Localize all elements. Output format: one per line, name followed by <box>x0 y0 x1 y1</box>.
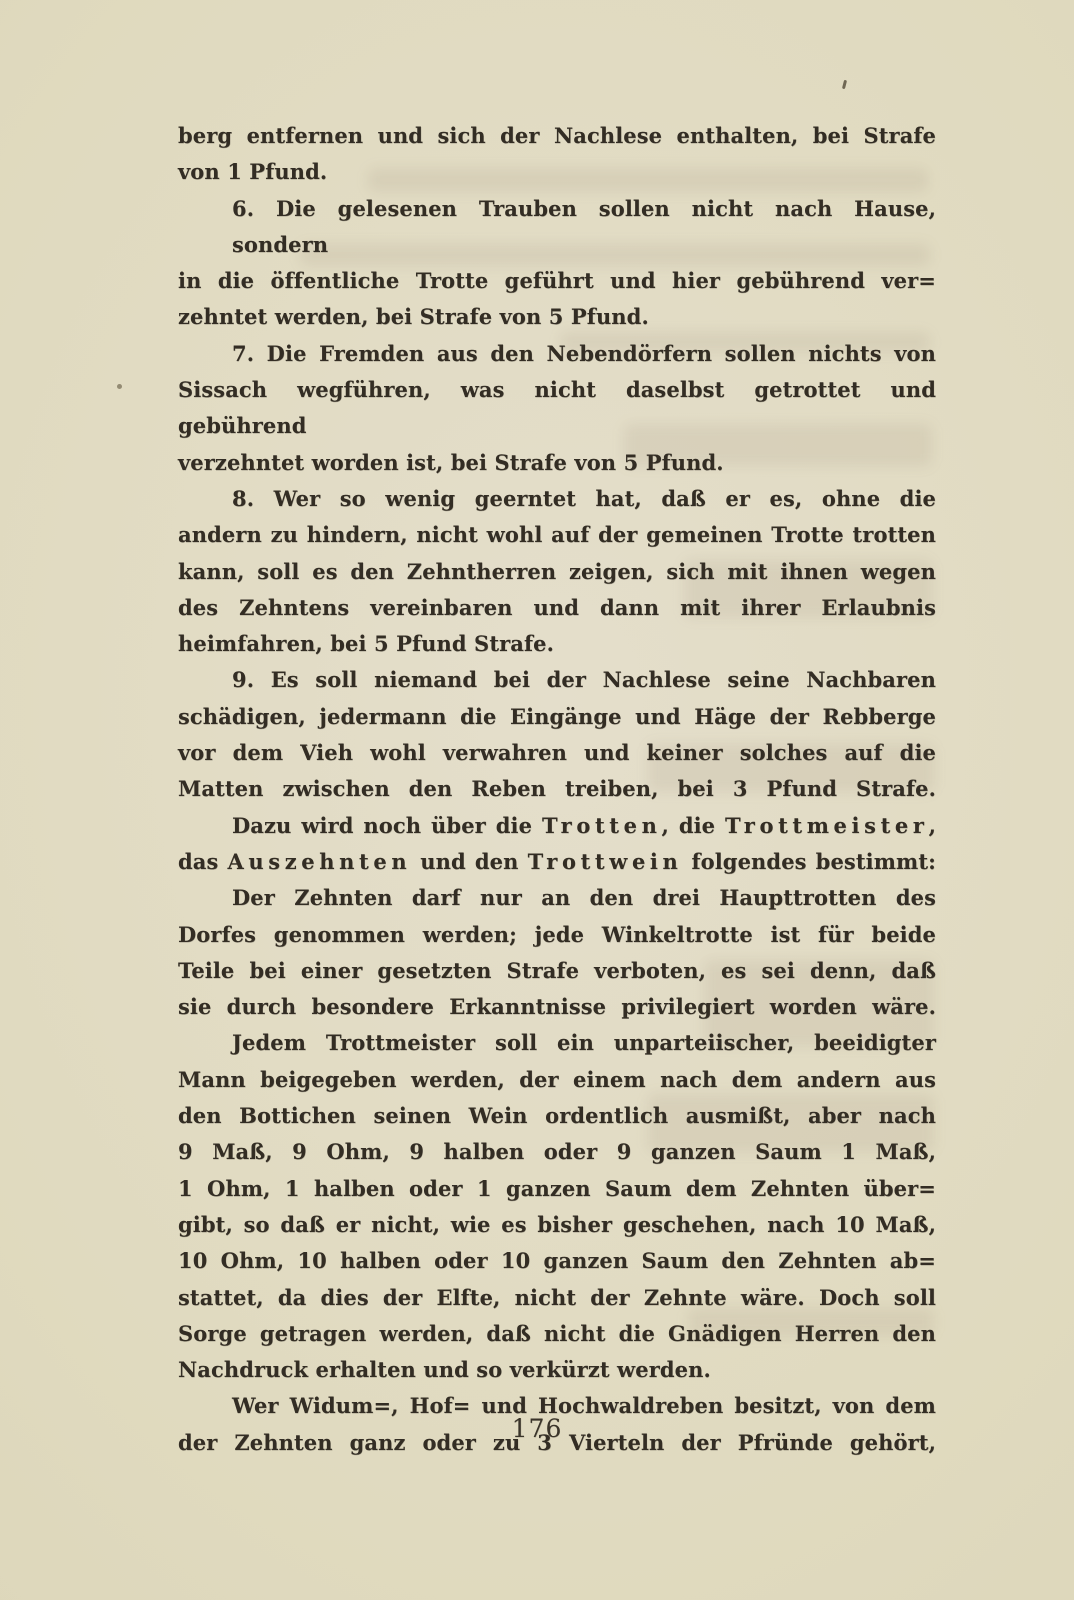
book-page: berg entfernen und sich der Nachlese ent… <box>0 0 1074 1600</box>
text-line: Nachdruck erhalten und so verkürzt werde… <box>178 1352 936 1388</box>
paragraph-continuation: berg entfernen und sich der Nachlese ent… <box>178 118 936 191</box>
text-segment: das <box>178 849 227 874</box>
paragraph-item-8: 8. Wer so wenig geerntet hat, daß er es,… <box>178 481 936 662</box>
text-line: Matten zwischen den Reben treiben, bei 3… <box>178 771 936 807</box>
text-line: Jedem Trottmeister soll ein unparteiisch… <box>178 1025 936 1061</box>
text-line: von 1 Pfund. <box>178 154 936 190</box>
paragraph-item-9: 9. Es soll niemand bei der Nachlese sein… <box>178 662 936 807</box>
paper-speck <box>117 384 122 389</box>
text-segment: , die <box>662 813 726 838</box>
text-line: andern zu hindern, nicht wohl auf der ge… <box>178 517 936 553</box>
text-line: 1 Ohm, 1 halben oder 1 ganzen Saum dem Z… <box>178 1171 936 1207</box>
text-line: 8. Wer so wenig geerntet hat, daß er es,… <box>178 481 936 517</box>
text-line: verzehntet worden ist, bei Strafe von 5 … <box>178 445 936 481</box>
text-line: Teile bei einer gesetzten Strafe verbote… <box>178 953 936 989</box>
text-line: 6. Die gelesenen Trauben sollen nicht na… <box>178 191 936 264</box>
text-line: in die öffentliche Trotte geführt und hi… <box>178 263 936 299</box>
text-segment: folgendes bestimmt: <box>682 849 936 874</box>
text-line: 7. Die Fremden aus den Nebendörfern soll… <box>178 336 936 372</box>
text-line: zehntet werden, bei Strafe von 5 Pfund. <box>178 299 936 335</box>
paragraph-dazu: Dazu wird noch über die Trotten, die Tro… <box>178 808 936 881</box>
page-footer: 176 <box>0 1414 1074 1443</box>
paragraph-zehnten-haupttrotten: Der Zehnten darf nur an den drei Haupttr… <box>178 880 936 1025</box>
page-number: 176 <box>512 1414 563 1443</box>
text-line: vor dem Vieh wohl verwahren und keiner s… <box>178 735 936 771</box>
text-line: sie durch besondere Erkanntnisse privile… <box>178 989 936 1025</box>
paragraph-item-6: 6. Die gelesenen Trauben sollen nicht na… <box>178 191 936 336</box>
text-line: Der Zehnten darf nur an den drei Haupttr… <box>178 880 936 916</box>
text-segment: Dazu wird noch über die <box>232 813 542 838</box>
page-text: berg entfernen und sich der Nachlese ent… <box>178 118 936 1461</box>
letterspaced-word: Trottmeister <box>725 813 929 838</box>
text-line: Sissach wegführen, was nicht daselbst ge… <box>178 372 936 445</box>
letterspaced-word: Auszehnten <box>227 849 411 874</box>
text-line: 9 Maß, 9 Ohm, 9 halben oder 9 ganzen Sau… <box>178 1134 936 1170</box>
text-line: Dazu wird noch über die Trotten, die Tro… <box>178 808 936 844</box>
text-line: 10 Ohm, 10 halben oder 10 ganzen Saum de… <box>178 1243 936 1279</box>
text-line: 9. Es soll niemand bei der Nachlese sein… <box>178 662 936 698</box>
text-line: des Zehntens vereinbaren und dann mit ih… <box>178 590 936 626</box>
letterspaced-word: Trottwein <box>528 849 683 874</box>
text-line: kann, soll es den Zehntherren zeigen, si… <box>178 554 936 590</box>
text-line: Mann beigegeben werden, der einem nach d… <box>178 1062 936 1098</box>
text-line: Sorge getragen werden, daß nicht die Gnä… <box>178 1316 936 1352</box>
text-segment: , <box>929 813 936 838</box>
text-line: Dorfes genommen werden; jede Winkeltrott… <box>178 917 936 953</box>
text-line: schädigen, jedermann die Eingänge und Hä… <box>178 699 936 735</box>
paper-speck <box>842 80 847 89</box>
text-line: gibt, so daß er nicht, wie es bisher ges… <box>178 1207 936 1243</box>
text-line: das Auszehnten und den Trottwein folgend… <box>178 844 936 880</box>
text-line: stattet, da dies der Elfte, nicht der Ze… <box>178 1280 936 1316</box>
text-line: den Bottichen seinen Wein ordentlich aus… <box>178 1098 936 1134</box>
paragraph-trottmeister: Jedem Trottmeister soll ein unparteiisch… <box>178 1025 936 1388</box>
paragraph-item-7: 7. Die Fremden aus den Nebendörfern soll… <box>178 336 936 481</box>
text-line: heimfahren, bei 5 Pfund Strafe. <box>178 626 936 662</box>
letterspaced-word: Trotten <box>542 813 662 838</box>
text-segment: und den <box>411 849 527 874</box>
text-line: berg entfernen und sich der Nachlese ent… <box>178 118 936 154</box>
